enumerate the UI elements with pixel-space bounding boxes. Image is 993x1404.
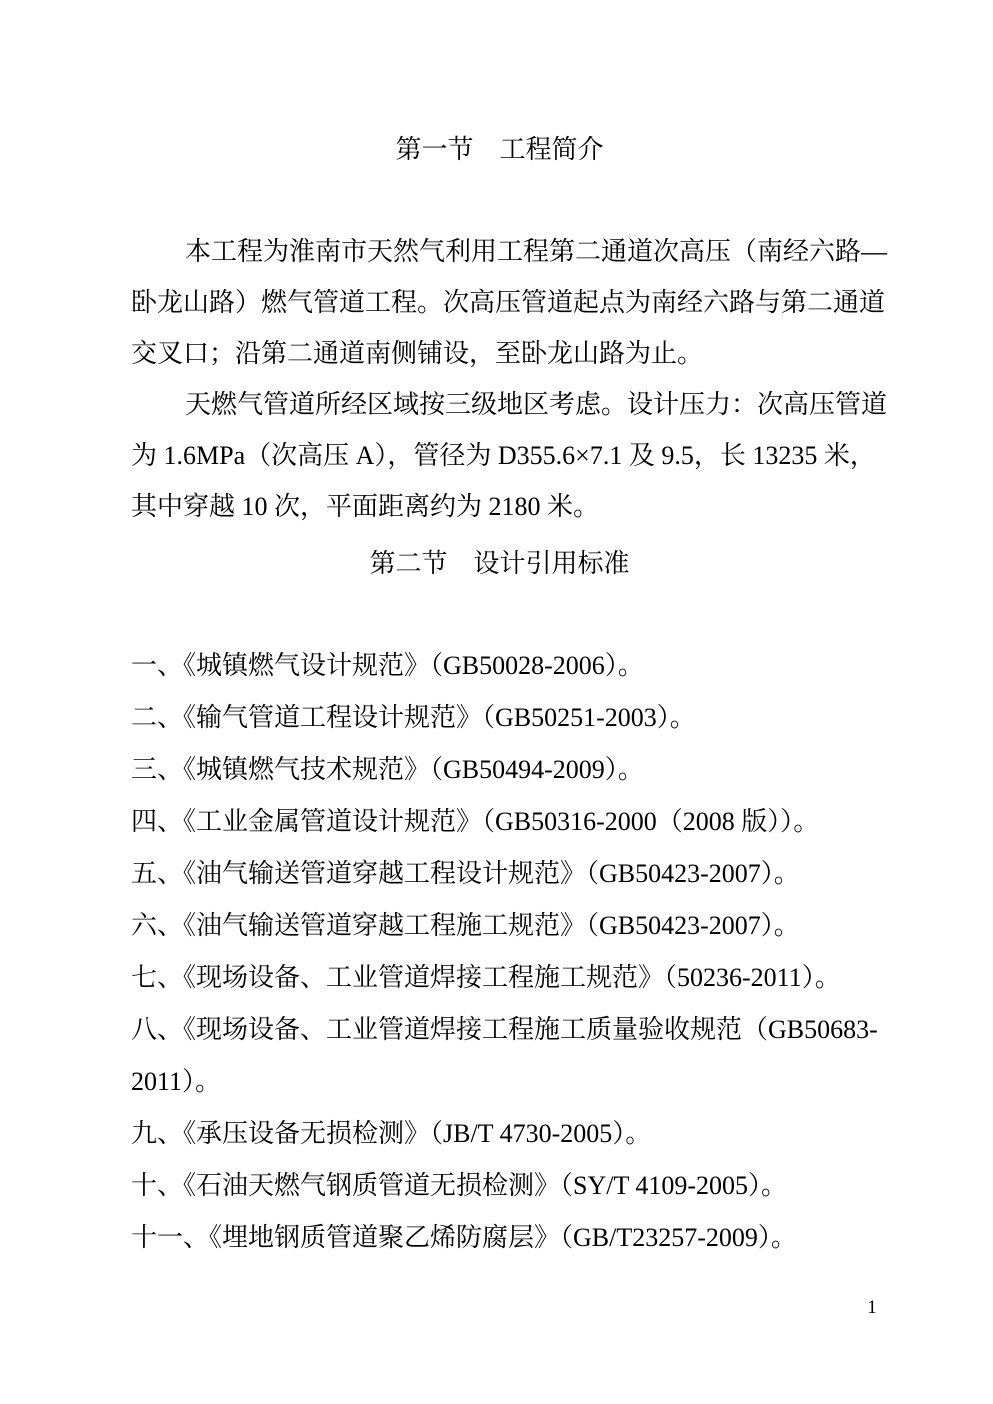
standard-item-5: 五、《油气输送管道穿越工程设计规范》（GB50423-2007）。 (131, 848, 868, 900)
paragraph-2: 天燃气管道所经区域按三级地区考虑。设计压力：次高压管道 为 1.6MPa（次高压… (131, 379, 868, 532)
paragraph-1-line-2: 卧龙山路）燃气管道工程。次高压管道起点为南经六路与第二通道 (131, 277, 868, 328)
standard-item-2: 二、《输气管道工程设计规范》（GB50251-2003）。 (131, 692, 868, 744)
paragraph-2-line-1: 天燃气管道所经区域按三级地区考虑。设计压力：次高压管道 (131, 379, 868, 430)
page-number: 1 (862, 1296, 882, 1320)
standard-item-8-line-1: 八、《现场设备、工业管道焊接工程施工质量验收规范（GB50683- (131, 1004, 868, 1056)
standard-item-10: 十、《石油天燃气钢质管道无损检测》（SY/T 4109-2005）。 (131, 1160, 868, 1212)
paragraph-2-line-3: 其中穿越 10 次，平面距离约为 2180 米。 (131, 481, 868, 532)
paragraph-1-line-1: 本工程为淮南市天然气利用工程第二通道次高压（南经六路— (131, 226, 868, 277)
standard-item-1: 一、《城镇燃气设计规范》（GB50028-2006）。 (131, 640, 868, 692)
standard-item-11: 十一、《埋地钢质管道聚乙烯防腐层》（GB/T23257-2009）。 (131, 1212, 868, 1264)
paragraph-1-line-3: 交叉口；沿第二通道南侧铺设，至卧龙山路为止。 (131, 328, 868, 379)
document-page: 第一节 工程简介 本工程为淮南市天然气利用工程第二通道次高压（南经六路— 卧龙山… (0, 0, 993, 1404)
section-1-heading: 第一节 工程简介 (131, 124, 868, 175)
section-2-heading: 第二节 设计引用标准 (131, 538, 868, 589)
standards-list: 一、《城镇燃气设计规范》（GB50028-2006）。 二、《输气管道工程设计规… (131, 640, 868, 1264)
document-content: 第一节 工程简介 本工程为淮南市天然气利用工程第二通道次高压（南经六路— 卧龙山… (131, 124, 868, 1264)
standard-item-6: 六、《油气输送管道穿越工程施工规范》（GB50423-2007）。 (131, 900, 868, 952)
standard-item-4: 四、《工业金属管道设计规范》（GB50316-2000（2008 版））。 (131, 796, 868, 848)
paragraph-2-line-2: 为 1.6MPa（次高压 A），管径为 D355.6×7.1 及 9.5，长 1… (131, 430, 868, 481)
standard-item-8-line-2: 2011）。 (131, 1056, 868, 1108)
standard-item-7: 七、《现场设备、工业管道焊接工程施工规范》（50236-2011）。 (131, 952, 868, 1004)
standard-item-9: 九、《承压设备无损检测》（JB/T 4730-2005）。 (131, 1108, 868, 1160)
standard-item-3: 三、《城镇燃气技术规范》（GB50494-2009）。 (131, 744, 868, 796)
paragraph-1: 本工程为淮南市天然气利用工程第二通道次高压（南经六路— 卧龙山路）燃气管道工程。… (131, 226, 868, 379)
